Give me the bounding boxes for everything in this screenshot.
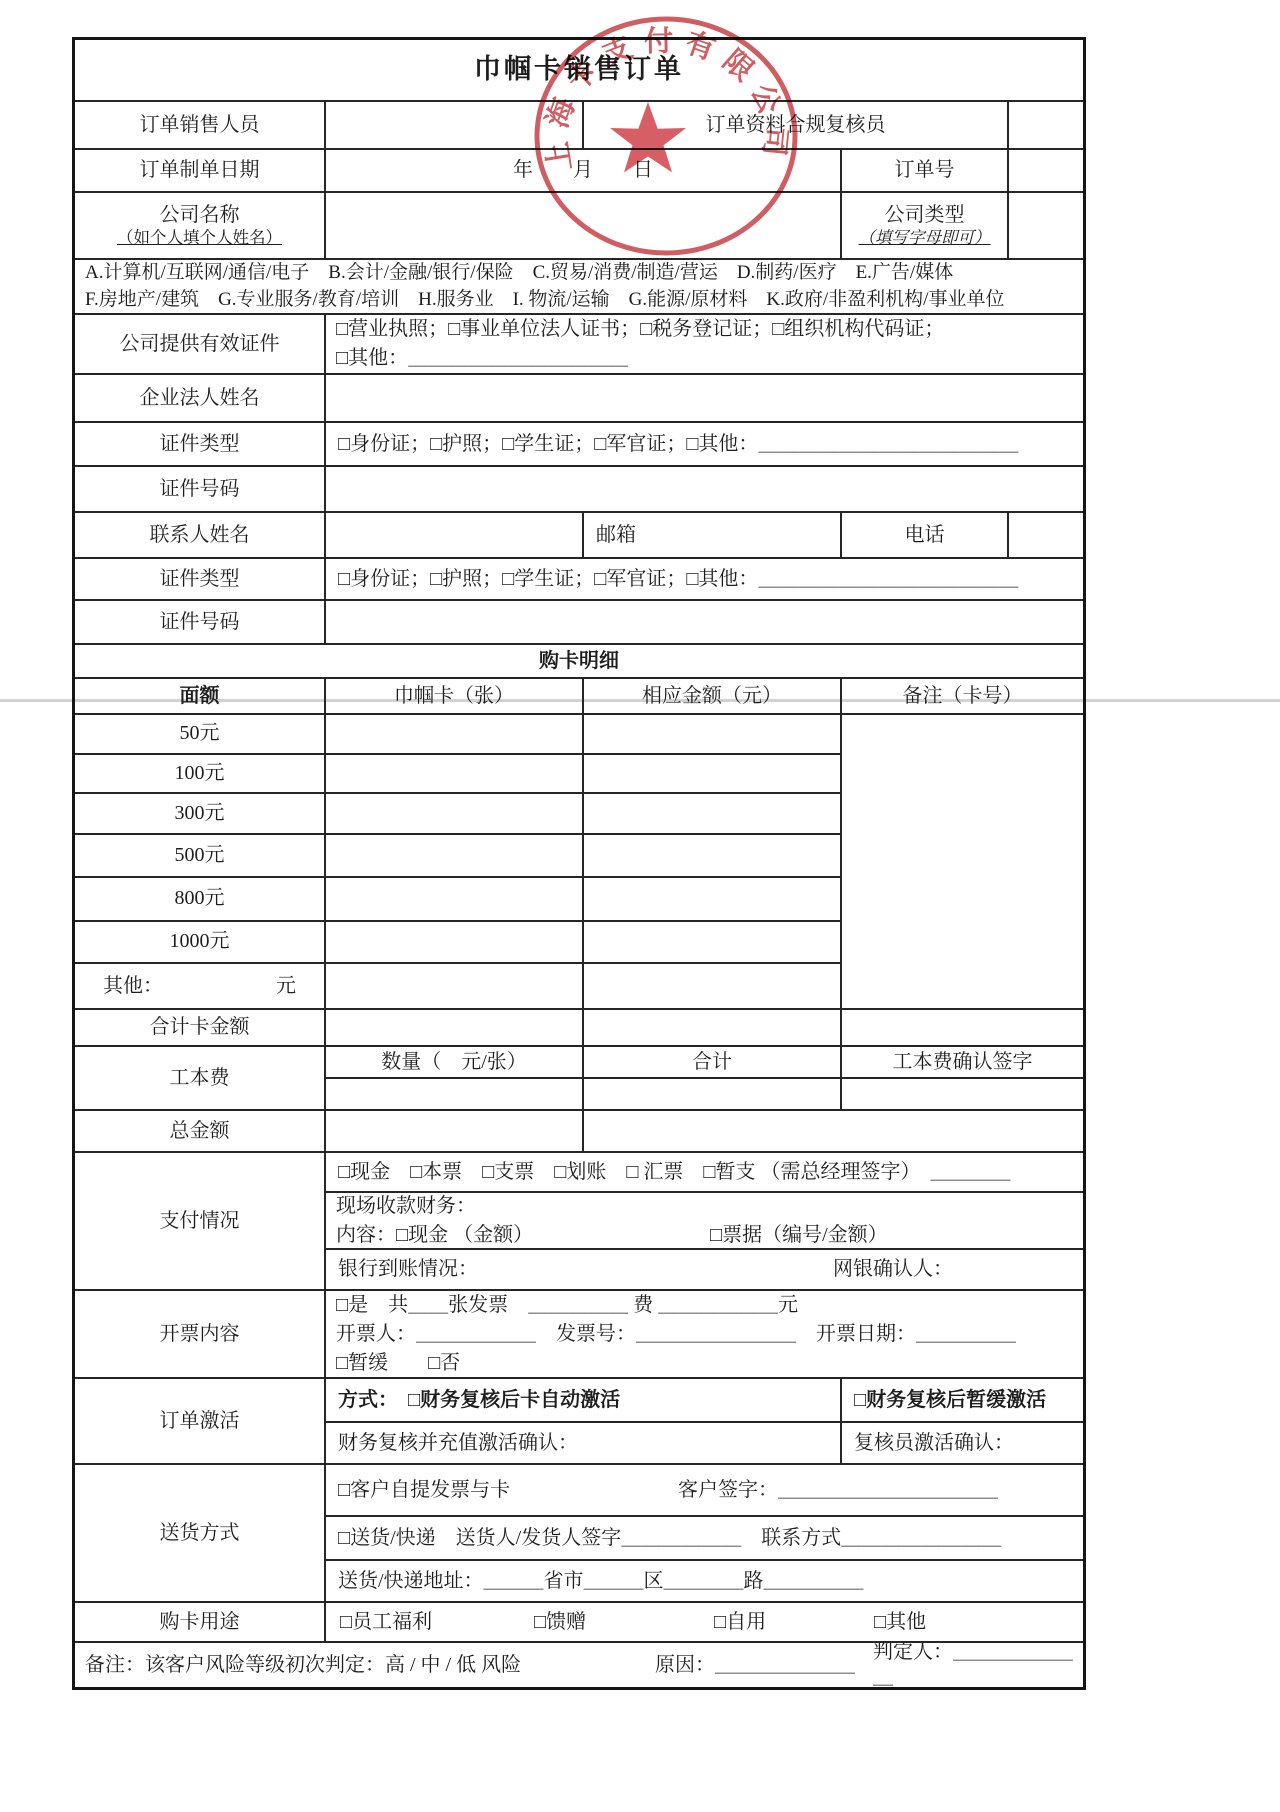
purchase-header-row: 面额 巾帼卡（张） 相应金额（元） 备注（卡号） (75, 679, 1083, 715)
company-row: 公司名称 （如个人填个人姓名） 公司类型 （填写字母即可） (75, 193, 1083, 260)
fee-stack: 数量（ 元/张） 合计 工本费确认签字 (326, 1047, 1083, 1109)
company-name-value-cell (326, 193, 842, 258)
payment-ebank-confirm: 网银确认人： (833, 1257, 953, 1282)
title-row: 巾帼卡销售订单 (75, 40, 1083, 102)
payment-methods: □现金 □本票 □支票 □划账 □ 汇票 □暂支 （需总经理签字） ＿＿＿＿ (326, 1153, 1083, 1191)
denom-300-label: 300元 (75, 794, 326, 833)
invoice-line3: □暂缓 □否 (336, 1349, 460, 1378)
denom-300-count-cell (326, 794, 584, 833)
denom-100-amount-cell (584, 755, 842, 793)
denom-800-amount-cell (584, 878, 842, 920)
delivery-row: 送货方式 □客户自提发票与卡 客户签字：＿＿＿＿＿＿＿＿＿＿＿ □送货/快递 送… (75, 1465, 1083, 1603)
order-date-label: 订单制单日期 (75, 150, 326, 191)
salesperson-value-cell (326, 102, 584, 148)
fee-row: 工本费 数量（ 元/张） 合计 工本费确认签字 (75, 1047, 1083, 1111)
id-type2-options: □身份证；□护照；□学生证；□军官证；□其他：＿＿＿＿＿＿＿＿＿＿＿＿＿ (326, 559, 1083, 599)
payment-cashier-line: 现场收款财务： (336, 1193, 476, 1221)
contact-phone-label: 电话 (842, 513, 1009, 557)
delivery-stack: □客户自提发票与卡 客户签字：＿＿＿＿＿＿＿＿＿＿＿ □送货/快递 送货人/发货… (326, 1465, 1083, 1601)
activation-mode-subrow: 方式： □财务复核后卡自动激活 □财务复核后暂缓激活 (326, 1379, 1083, 1423)
id-type1-label: 证件类型 (75, 423, 326, 465)
company-name-label-note: （如个人填个人姓名） (117, 228, 282, 249)
denom-50-count-cell (326, 715, 584, 753)
invoice-label: 开票内容 (75, 1291, 326, 1377)
denom-other-unit: 元 (276, 974, 296, 999)
legal-name-value-cell (326, 375, 1083, 421)
contact-name-label: 联系人姓名 (75, 513, 326, 557)
risk-remark-cell: 备注：该客户风险等级初次判定：高 / 中 / 低 风险 原因：＿＿＿＿＿＿＿ 判… (75, 1643, 1083, 1687)
delivery-self-pickup: □客户自提发票与卡 (338, 1478, 678, 1503)
scanned-page: 巾帼卡销售订单 订单销售人员 订单资料合规复核员 订单制单日期 年 月 日 订单… (0, 0, 1280, 1812)
remark-cardno-merged-cell (842, 715, 1083, 1008)
risk-reason: 原因：＿＿＿＿＿＿＿ (655, 1653, 873, 1678)
denom-row-500: 500元 (75, 835, 842, 878)
fee-value-subrow (326, 1079, 1083, 1109)
fee-sign-header: 工本费确认签字 (842, 1047, 1083, 1077)
denom-1000-amount-cell (584, 922, 842, 963)
id-number2-row: 证件号码 (75, 601, 1083, 645)
delivery-address-subrow: 送货/快递地址：＿＿＿省市＿＿＿区＿＿＿＿路＿＿＿＿＿ (326, 1561, 1083, 1601)
id-type1-row: 证件类型 □身份证；□护照；□学生证；□军官证；□其他：＿＿＿＿＿＿＿＿＿＿＿＿… (75, 423, 1083, 467)
payment-cashier-subrow: 现场收款财务： 内容：□现金 （金额） □票据（编号/金额） (326, 1193, 1083, 1250)
id-number1-row: 证件号码 (75, 467, 1083, 513)
contact-row: 联系人姓名 邮箱 电话 (75, 513, 1083, 559)
company-cert-options: □营业执照；□事业单位法人证书；□税务登记证；□组织机构代码证； □其他：＿＿＿… (326, 315, 1083, 373)
purpose-options: □员工福利 □馈赠 □自用 □其他 (326, 1603, 1083, 1641)
fee-header-subrow: 数量（ 元/张） 合计 工本费确认签字 (326, 1047, 1083, 1079)
denom-800-count-cell (326, 878, 584, 920)
activation-confirm-subrow: 财务复核并充值激活确认： 复核员激活确认： (326, 1423, 1083, 1463)
fee-total-header: 合计 (584, 1047, 842, 1077)
denom-other-count-cell (326, 964, 584, 1008)
fee-qty-cell (326, 1079, 584, 1109)
id-type1-options: □身份证；□护照；□学生证；□军官证；□其他：＿＿＿＿＿＿＿＿＿＿＿＿＿ (326, 423, 1083, 465)
order-form-table: 巾帼卡销售订单 订单销售人员 订单资料合规复核员 订单制单日期 年 月 日 订单… (72, 37, 1086, 1690)
payment-bank-subrow: 银行到账情况： 网银确认人： (326, 1250, 1083, 1289)
denom-other-label: 其他： 元 (75, 964, 326, 1008)
id-number1-label: 证件号码 (75, 467, 326, 511)
denom-500-amount-cell (584, 835, 842, 876)
company-type-value-cell (1009, 193, 1083, 258)
purpose-option-welfare: □员工福利 (340, 1610, 534, 1635)
denom-100-label: 100元 (75, 755, 326, 793)
payment-stack: □现金 □本票 □支票 □划账 □ 汇票 □暂支 （需总经理签字） ＿＿＿＿ 现… (326, 1153, 1083, 1289)
payment-label: 支付情况 (75, 1153, 326, 1289)
payment-content-bill: □票据（编号/金额） (710, 1221, 888, 1249)
company-name-label-text: 公司名称 (160, 203, 240, 228)
payment-row: 支付情况 □现金 □本票 □支票 □划账 □ 汇票 □暂支 （需总经理签字） ＿… (75, 1153, 1083, 1291)
company-cert-line1: □营业执照；□事业单位法人证书；□税务登记证；□组织机构代码证； (336, 315, 944, 344)
denom-500-count-cell (326, 835, 584, 876)
purpose-row: 购卡用途 □员工福利 □馈赠 □自用 □其他 (75, 1603, 1083, 1643)
fee-qty-header: 数量（ 元/张） (326, 1047, 584, 1077)
header-amount: 相应金额（元） (584, 679, 842, 713)
denom-row-1000: 1000元 (75, 922, 842, 965)
grand-total-cell2 (584, 1111, 1083, 1151)
invoice-line1: □是 共＿＿张发票 ＿＿＿＿＿ 费 ＿＿＿＿＿＿元 (336, 1291, 798, 1320)
card-total-cell2 (584, 1010, 842, 1045)
payment-content-cash: 内容：□现金 （金额） (336, 1221, 710, 1249)
order-number-value-cell (1009, 150, 1083, 191)
activation-row: 订单激活 方式： □财务复核后卡自动激活 □财务复核后暂缓激活 财务复核并充值激… (75, 1379, 1083, 1465)
activation-stack: 方式： □财务复核后卡自动激活 □财务复核后暂缓激活 财务复核并充值激活确认： … (326, 1379, 1083, 1463)
activation-reviewer-confirm: 复核员激活确认： (842, 1423, 1083, 1463)
delivery-customer-sign: 客户签字：＿＿＿＿＿＿＿＿＿＿＿ (678, 1478, 998, 1503)
card-total-row: 合计卡金额 (75, 1010, 1083, 1047)
id-number1-value-cell (326, 467, 1083, 511)
contact-name-value-cell (326, 513, 584, 557)
purchase-section-row: 购卡明细 (75, 645, 1083, 679)
risk-remark-row: 备注：该客户风险等级初次判定：高 / 中 / 低 风险 原因：＿＿＿＿＿＿＿ 判… (75, 1643, 1083, 1687)
order-number-label: 订单号 (842, 150, 1009, 191)
grand-total-cell1 (326, 1111, 584, 1151)
card-total-cell1 (326, 1010, 584, 1045)
fee-label: 工本费 (75, 1047, 326, 1109)
salesperson-label: 订单销售人员 (75, 102, 326, 148)
denom-row-50: 50元 (75, 715, 842, 755)
company-name-label: 公司名称 （如个人填个人姓名） (75, 193, 326, 258)
activation-delayed-option: □财务复核后暂缓激活 (842, 1379, 1083, 1421)
form-title: 巾帼卡销售订单 (75, 40, 1083, 100)
header-card-count: 巾帼卡（张） (326, 679, 584, 713)
id-number2-label: 证件号码 (75, 601, 326, 643)
salesperson-row: 订单销售人员 订单资料合规复核员 (75, 102, 1083, 150)
delivery-address: 送货/快递地址：＿＿＿省市＿＿＿区＿＿＿＿路＿＿＿＿＿ (326, 1561, 1083, 1601)
company-type-label-text: 公司类型 (885, 203, 965, 228)
purpose-option-gift: □馈赠 (534, 1610, 714, 1635)
id-number2-value-cell (326, 601, 1083, 643)
purpose-option-other: □其他 (874, 1610, 926, 1635)
payment-bank-cell: 银行到账情况： 网银确认人： (326, 1250, 1083, 1289)
grand-total-row: 总金额 (75, 1111, 1083, 1153)
purpose-option-self: □自用 (714, 1610, 874, 1635)
delivery-pickup-subrow: □客户自提发票与卡 客户签字：＿＿＿＿＿＿＿＿＿＿＿ (326, 1465, 1083, 1517)
reviewer-label: 订单资料合规复核员 (584, 102, 1009, 148)
denomination-block: 50元 100元 300元 500元 (75, 715, 1083, 1010)
invoice-line2: 开票人：＿＿＿＿＿＿ 发票号：＿＿＿＿＿＿＿＿ 开票日期：＿＿＿＿＿ (336, 1320, 1016, 1349)
payment-cashier-cell: 现场收款财务： 内容：□现金 （金额） □票据（编号/金额） (326, 1193, 1083, 1248)
activation-auto-option: 方式： □财务复核后卡自动激活 (326, 1379, 842, 1421)
delivery-label: 送货方式 (75, 1465, 326, 1601)
risk-judge: 判定人：＿＿＿＿＿＿＿ (873, 1643, 1083, 1687)
header-remark-cardno: 备注（卡号） (842, 679, 1083, 713)
header-denomination: 面额 (75, 679, 326, 713)
contact-phone-value-cell (1009, 513, 1083, 557)
risk-remark-text: 备注：该客户风险等级初次判定：高 / 中 / 低 风险 (85, 1653, 655, 1678)
id-type2-row: 证件类型 □身份证；□护照；□学生证；□军官证；□其他：＿＿＿＿＿＿＿＿＿＿＿＿… (75, 559, 1083, 601)
reviewer-value-cell (1009, 102, 1083, 148)
activation-finance-confirm: 财务复核并充值激活确认： (326, 1423, 842, 1463)
payment-methods-subrow: □现金 □本票 □支票 □划账 □ 汇票 □暂支 （需总经理签字） ＿＿＿＿ (326, 1153, 1083, 1193)
invoice-content: □是 共＿＿张发票 ＿＿＿＿＿ 费 ＿＿＿＿＿＿元 开票人：＿＿＿＿＿＿ 发票号… (326, 1291, 1083, 1377)
company-cert-label: 公司提供有效证件 (75, 315, 326, 373)
order-date-row: 订单制单日期 年 月 日 订单号 (75, 150, 1083, 193)
industry-categories: A.计算机/互联网/通信/电子 B.会计/金融/银行/保险 C.贸易/消费/制造… (75, 260, 1083, 313)
denom-row-300: 300元 (75, 794, 842, 835)
purpose-label: 购卡用途 (75, 1603, 326, 1641)
industry-categories-line1: A.计算机/互联网/通信/电子 B.会计/金融/银行/保险 C.贸易/消费/制造… (85, 260, 953, 287)
purchase-section-title: 购卡明细 (75, 645, 1083, 677)
company-cert-line2: □其他：＿＿＿＿＿＿＿＿＿＿＿ (336, 344, 628, 373)
legal-name-label: 企业法人姓名 (75, 375, 326, 421)
contact-email-label: 邮箱 (584, 513, 842, 557)
denom-50-amount-cell (584, 715, 842, 753)
activation-label: 订单激活 (75, 1379, 326, 1463)
denomination-stack: 50元 100元 300元 500元 (75, 715, 842, 1008)
order-date-value: 年 月 日 (326, 150, 842, 191)
denom-row-100: 100元 (75, 755, 842, 795)
denom-1000-label: 1000元 (75, 922, 326, 963)
delivery-pickup-cell: □客户自提发票与卡 客户签字：＿＿＿＿＿＿＿＿＿＿＿ (326, 1465, 1083, 1515)
id-type2-label: 证件类型 (75, 559, 326, 599)
company-cert-row: 公司提供有效证件 □营业执照；□事业单位法人证书；□税务登记证；□组织机构代码证… (75, 315, 1083, 375)
denom-row-800: 800元 (75, 878, 842, 922)
denom-300-amount-cell (584, 794, 842, 833)
industry-categories-line2: F.房地产/建筑 G.专业服务/教育/培训 H.服务业 I. 物流/运输 G.能… (85, 287, 1004, 314)
denom-50-label: 50元 (75, 715, 326, 753)
fee-total-cell (584, 1079, 842, 1109)
denom-100-count-cell (326, 755, 584, 793)
denom-1000-count-cell (326, 922, 584, 963)
denom-other-prefix: 其他： (103, 974, 163, 999)
denom-500-label: 500元 (75, 835, 326, 876)
grand-total-label: 总金额 (75, 1111, 326, 1151)
legal-name-row: 企业法人姓名 (75, 375, 1083, 423)
company-type-label-note: （填写字母即可） (859, 228, 991, 249)
invoice-row: 开票内容 □是 共＿＿张发票 ＿＿＿＿＿ 费 ＿＿＿＿＿＿元 开票人：＿＿＿＿＿… (75, 1291, 1083, 1379)
payment-bank-arrival: 银行到账情况： (338, 1257, 478, 1282)
industry-categories-row: A.计算机/互联网/通信/电子 B.会计/金融/银行/保险 C.贸易/消费/制造… (75, 260, 1083, 315)
fee-sign-cell (842, 1079, 1083, 1109)
denom-row-other: 其他： 元 (75, 964, 842, 1008)
denom-other-amount-cell (584, 964, 842, 1008)
delivery-courier: □送货/快递 送货人/发货人签字＿＿＿＿＿＿ 联系方式＿＿＿＿＿＿＿＿ (326, 1517, 1083, 1559)
denom-800-label: 800元 (75, 878, 326, 920)
card-total-label: 合计卡金额 (75, 1010, 326, 1045)
card-total-cell3 (842, 1010, 1083, 1045)
payment-content-line: 内容：□现金 （金额） □票据（编号/金额） (336, 1221, 1083, 1249)
company-type-label: 公司类型 （填写字母即可） (842, 193, 1009, 258)
delivery-courier-subrow: □送货/快递 送货人/发货人签字＿＿＿＿＿＿ 联系方式＿＿＿＿＿＿＿＿ (326, 1517, 1083, 1561)
